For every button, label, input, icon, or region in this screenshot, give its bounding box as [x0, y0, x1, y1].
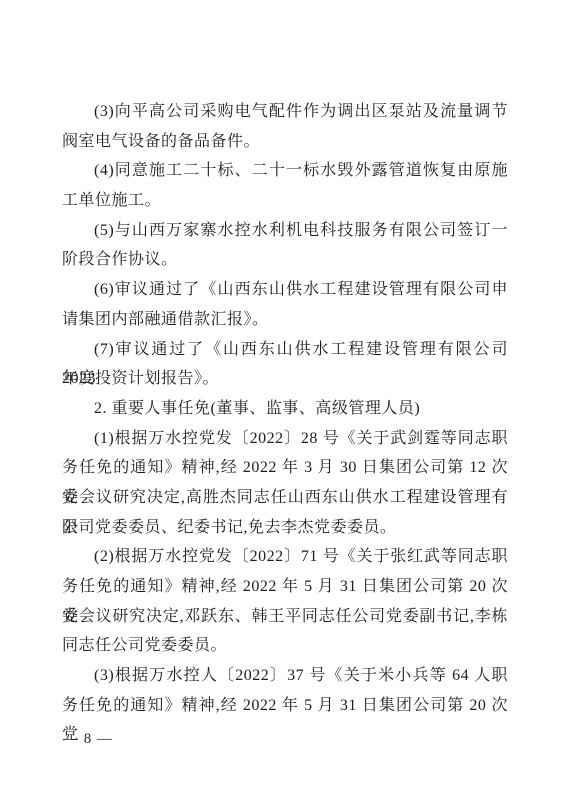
text-line: 委会议研究决定,邓跃东、韩王平同志任公司党委副书记,李栋: [62, 602, 508, 632]
document-page: (3)向平高公司采购电气配件作为调出区泵站及流量调节阀室电气设备的备品备件。(4…: [0, 0, 572, 800]
text-line: 2. 重要人事任免(董事、监事、高级管理人员): [62, 394, 508, 424]
text-line: 阶段合作协议。: [62, 245, 508, 275]
page-number: — 8 —: [63, 728, 113, 750]
text-line: 公司党委委员、纪委书记,免去李杰党委委员。: [62, 513, 508, 543]
text-line: 务任免的通知》精神,经 2022 年 5 月 31 日集团公司第 20 次党: [62, 572, 508, 602]
text-line: 务任免的通知》精神,经 2022 年 3 月 30 日集团公司第 12 次党: [62, 453, 508, 483]
text-line: (6)审议通过了《山西东山供水工程建设管理有限公司申: [62, 275, 508, 305]
text-line: 工单位施工。: [62, 186, 508, 216]
text-line: (3)向平高公司采购电气配件作为调出区泵站及流量调节: [62, 97, 508, 127]
text-line: 委会议研究决定,高胜杰同志任山西东山供水工程建设管理有限: [62, 483, 508, 513]
text-line: (4)同意施工二十标、二十一标水毁外露管道恢复由原施: [62, 156, 508, 186]
text-line: 务任免的通知》精神,经 2022 年 5 月 31 日集团公司第 20 次党: [62, 691, 508, 721]
text-line: 年度投资计划报告》。: [62, 364, 508, 394]
text-line: 同志任公司党委委员。: [62, 631, 508, 661]
text-line: 阀室电气设备的备品备件。: [62, 127, 508, 157]
text-line: (2)根据万水控党发〔2022〕71 号《关于张红武等同志职: [62, 542, 508, 572]
text-line: (7)审议通过了《山西东山供水工程建设管理有限公司 2023: [62, 335, 508, 365]
text-line: 请集团内部融通借款汇报》。: [62, 305, 508, 335]
document-body: (3)向平高公司采购电气配件作为调出区泵站及流量调节阀室电气设备的备品备件。(4…: [62, 97, 508, 720]
text-line: (3)根据万水控人〔2022〕37 号《关于米小兵等 64 人职: [62, 661, 508, 691]
text-line: (5)与山西万家寨水控水利机电科技服务有限公司签订一: [62, 216, 508, 246]
text-line: (1)根据万水控党发〔2022〕28 号《关于武剑霆等同志职: [62, 424, 508, 454]
